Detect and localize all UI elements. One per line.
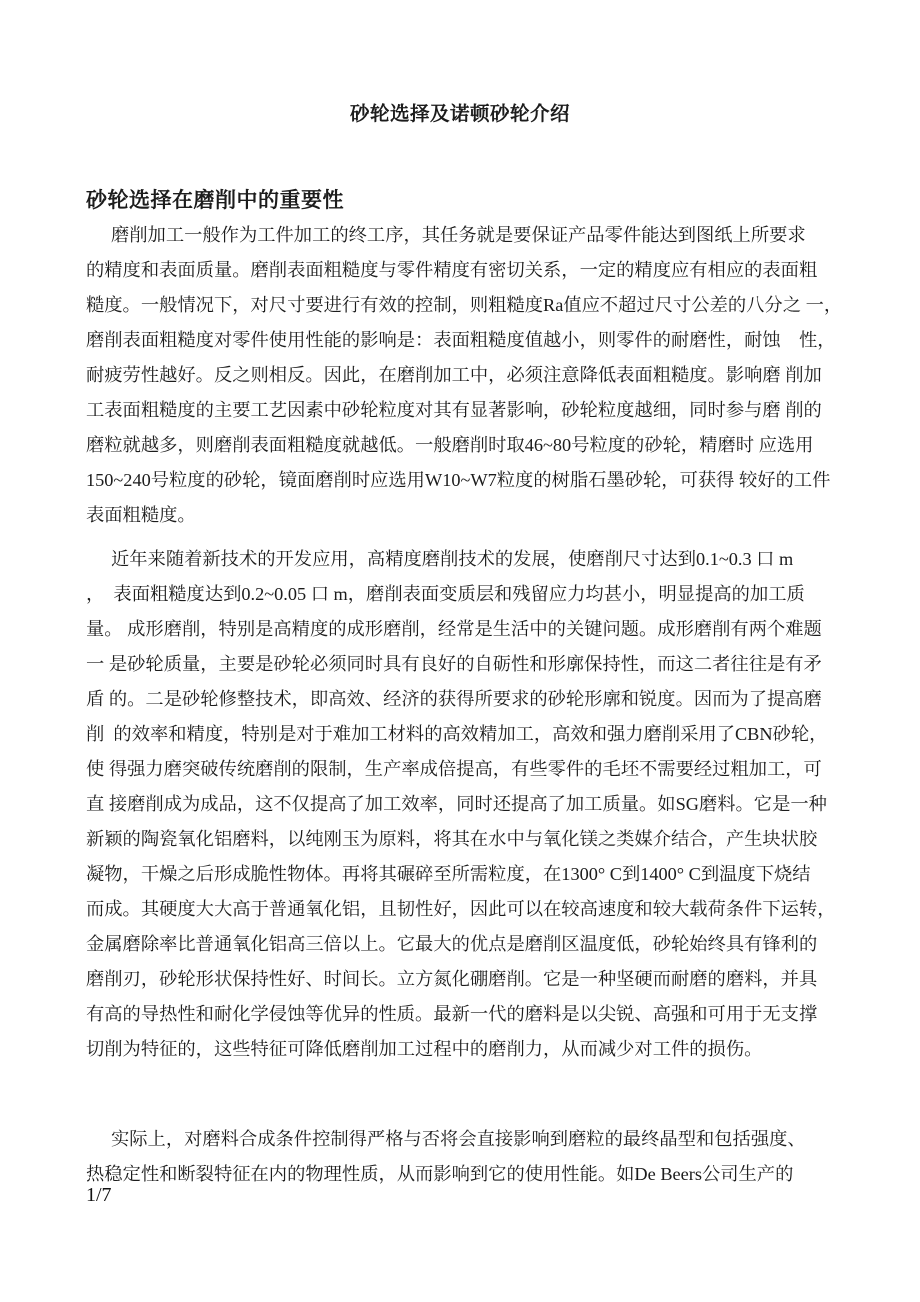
document-title: 砂轮选择及诺顿砂轮介绍 xyxy=(0,0,920,126)
text-line: 150~240号粒度的砂轮，镜面磨削时应选用W10~W7粒度的树脂石墨砂轮，可获… xyxy=(86,463,850,498)
text-line: 热稳定性和断裂特征在内的物理性质，从而影响到它的使用性能。如De Beers公司… xyxy=(86,1157,850,1192)
text-line: 新颖的陶瓷氧化铝磨料，以纯刚玉为原料，将其在水中与氧化镁之类媒介结合，产生块状胶 xyxy=(86,822,850,857)
document-body: 磨削加工一般作为工件加工的终工序，其任务就是要保证产品零件能达到图纸上所要求的精… xyxy=(86,218,850,1192)
text-line: 有高的导热性和耐化学侵蚀等优异的性质。最新一代的磨料是以尖锐、高强和可用于无支撑 xyxy=(86,997,850,1032)
text-line: ， 表面粗糙度达到0.2~0.05 口 m，磨削表面变质层和残留应力均甚小，明显… xyxy=(86,577,850,612)
section-heading: 砂轮选择在磨削中的重要性 xyxy=(86,184,920,214)
text-line: 一 是砂轮质量，主要是砂轮必须同时具有良好的自砺性和形廓保持性，而这二者往往是有… xyxy=(86,647,850,682)
paragraph: 磨削加工一般作为工件加工的终工序，其任务就是要保证产品零件能达到图纸上所要求的精… xyxy=(86,218,850,533)
text-line: 实际上，对磨料合成条件控制得严格与否将会直接影响到磨粒的最终晶型和包括强度、 xyxy=(86,1122,850,1157)
text-line: 磨粒就越多，则磨削表面粗糙度就越低。一般磨削时取46~80号粒度的砂轮，精磨时 … xyxy=(86,428,850,463)
text-line: 切削为特征的，这些特征可降低磨削加工过程中的磨削力，从而减少对工件的损伤。 xyxy=(86,1032,850,1067)
text-line: 表面粗糙度。 xyxy=(86,498,850,533)
text-line: 凝物，干燥之后形成脆性物体。再将其碾碎至所需粒度，在1300° C到1400° … xyxy=(86,857,850,892)
text-line: 耐疲劳性越好。反之则相反。因此，在磨削加工中，必须注意降低表面粗糙度。影响磨 削… xyxy=(86,358,850,393)
document-page: 砂轮选择及诺顿砂轮介绍 砂轮选择在磨削中的重要性 磨削加工一般作为工件加工的终工… xyxy=(0,0,920,1302)
text-line: 削 的效率和精度，特别是对于难加工材料的高效精加工，高效和强力磨削采用了CBN砂… xyxy=(86,717,850,752)
page-number: 1/7 xyxy=(86,1184,112,1207)
text-line: 量。 成形磨削，特别是高精度的成形磨削，经常是生活中的关键问题。成形磨削有两个难… xyxy=(86,612,850,647)
text-line: 磨削加工一般作为工件加工的终工序，其任务就是要保证产品零件能达到图纸上所要求 xyxy=(86,218,850,253)
text-line: 而成。其硬度大大高于普通氧化铝，且韧性好，因此可以在较高速度和较大载荷条件下运转… xyxy=(86,892,850,927)
text-line: 磨削刃，砂轮形状保持性好、时间长。立方氮化硼磨削。它是一种坚硬而耐磨的磨料，并具 xyxy=(86,962,850,997)
text-line: 使 得强力磨突破传统磨削的限制，生产率成倍提高，有些零件的毛坯不需要经过粗加工，… xyxy=(86,752,850,787)
text-line: 近年来随着新技术的开发应用，高精度磨削技术的发展，使磨削尺寸达到0.1~0.3 … xyxy=(86,542,850,577)
paragraph: 近年来随着新技术的开发应用，高精度磨削技术的发展，使磨削尺寸达到0.1~0.3 … xyxy=(86,542,850,1067)
text-line: 直 接磨削成为成品，这不仅提高了加工效率，同时还提高了加工质量。如SG磨料。它是… xyxy=(86,787,850,822)
paragraph: 实际上，对磨料合成条件控制得严格与否将会直接影响到磨粒的最终晶型和包括强度、热稳… xyxy=(86,1122,850,1192)
text-line: 金属磨除率比普通氧化铝高三倍以上。它最大的优点是磨削区温度低，砂轮始终具有锋利的 xyxy=(86,927,850,962)
text-line: 磨削表面粗糙度对零件使用性能的影响是：表面粗糙度值越小，则零件的耐磨性，耐蚀 性… xyxy=(86,323,850,358)
text-line: 盾 的。二是砂轮修整技术，即高效、经济的获得所要求的砂轮形廓和锐度。因而为了提高… xyxy=(86,682,850,717)
text-line: 工表面粗糙度的主要工艺因素中砂轮粒度对其有显著影响，砂轮粒度越细，同时参与磨 削… xyxy=(86,393,850,428)
text-line: 糙度。一般情况下，对尺寸要进行有效的控制，则粗糙度Ra值应不超过尺寸公差的八分之… xyxy=(86,288,850,323)
text-line: 的精度和表面质量。磨削表面粗糙度与零件精度有密切关系，一定的精度应有相应的表面粗 xyxy=(86,253,850,288)
